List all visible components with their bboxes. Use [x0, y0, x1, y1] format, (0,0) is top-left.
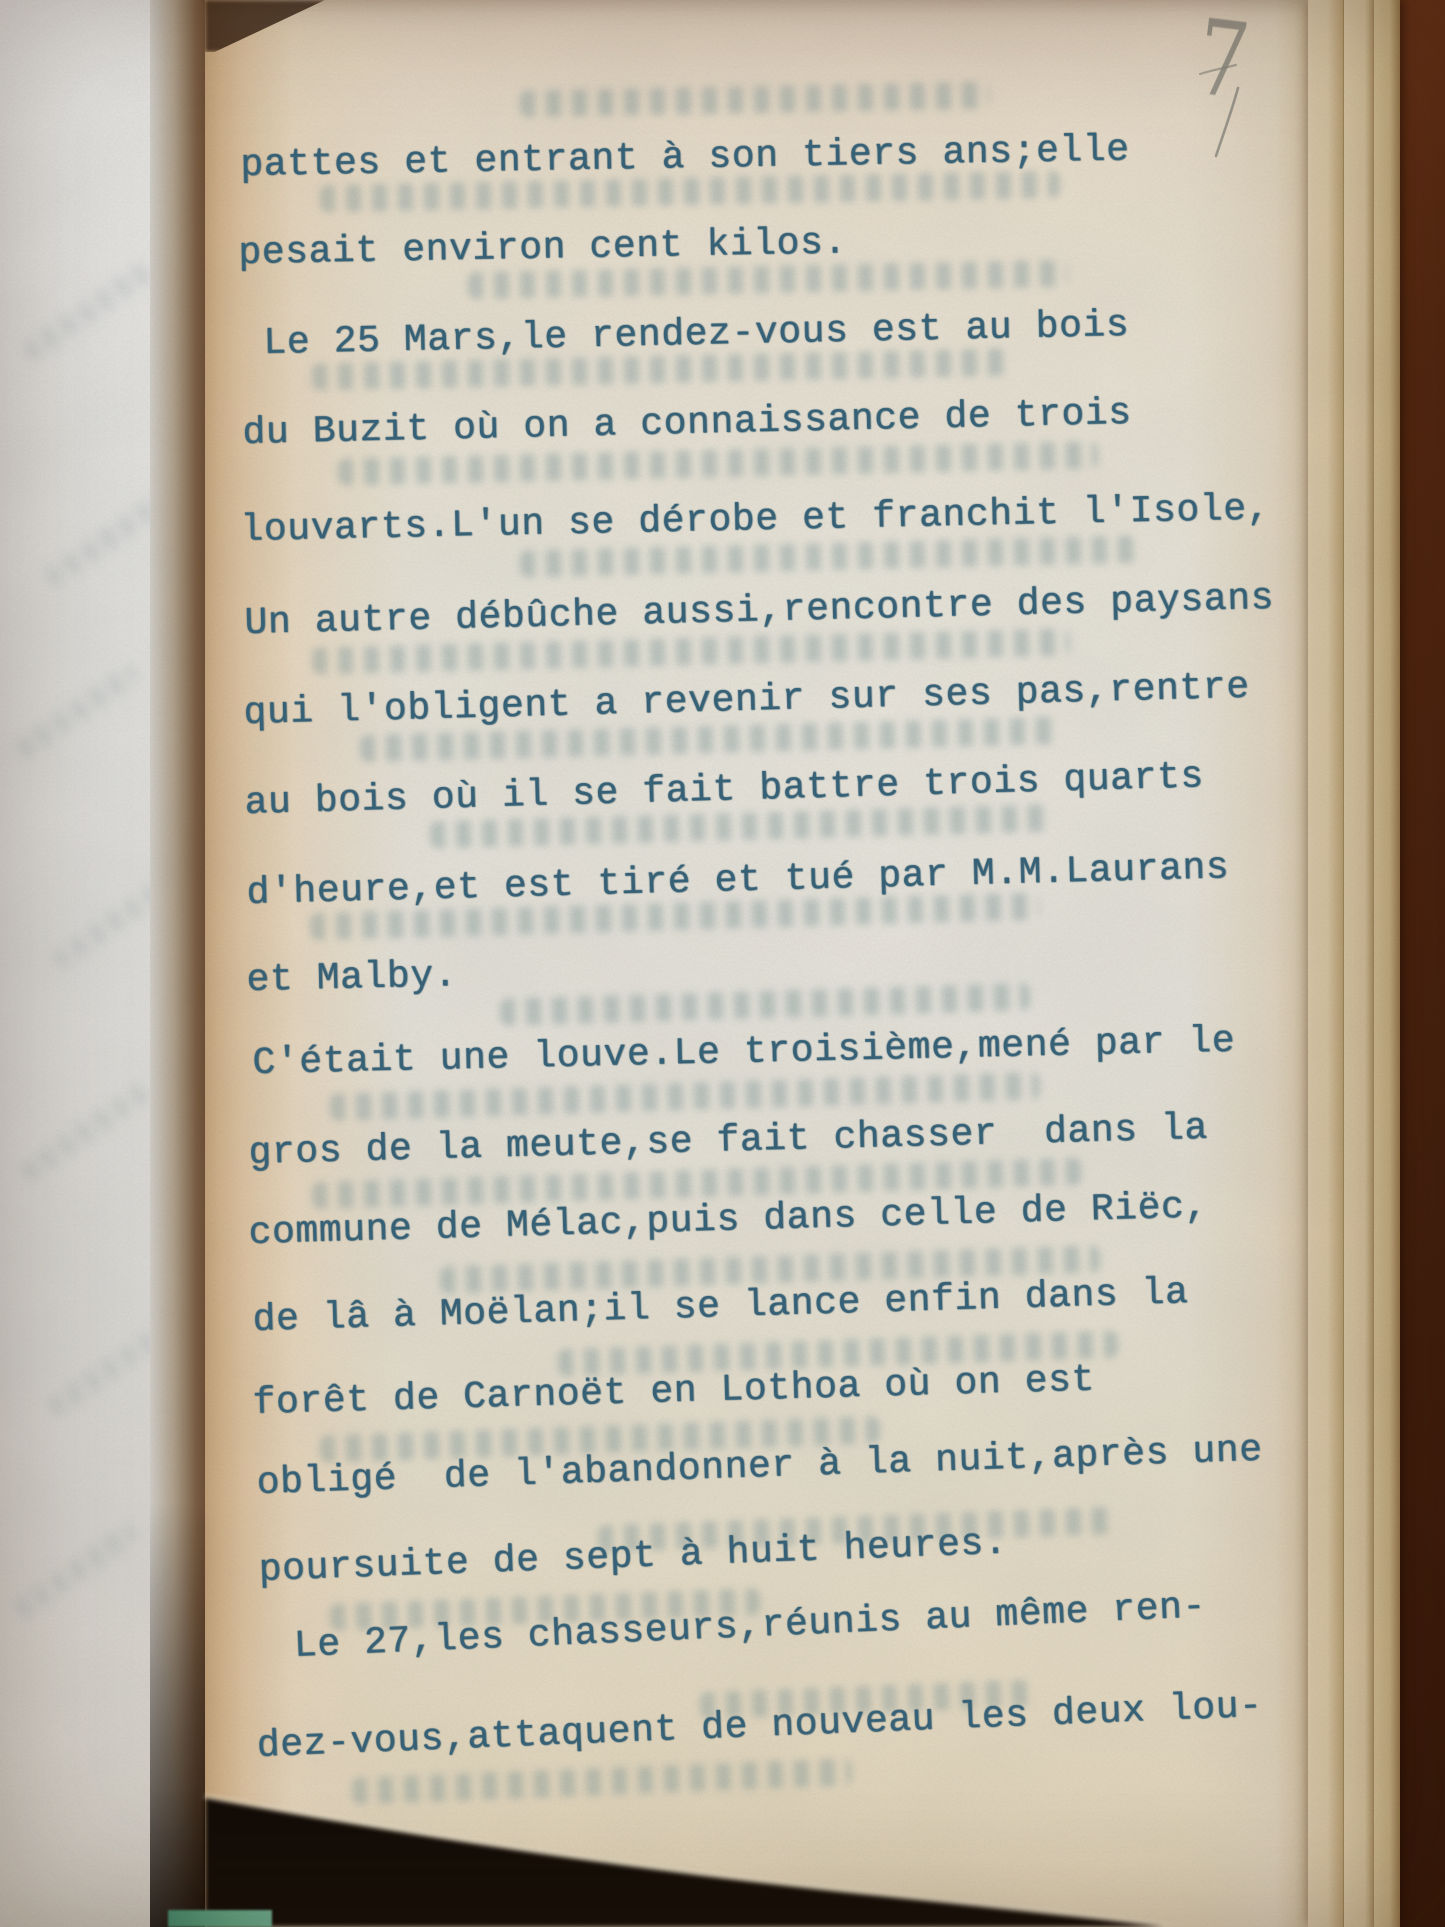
book-photo: pattes et entrant à son tiers ans;elle p… — [0, 0, 1445, 1927]
typed-line: forêt de Carnoët en Lothoa où on est — [252, 1357, 1096, 1427]
typed-line: du Buzit où on a connaissance de trois — [242, 391, 1132, 457]
typed-line: pesait environ cent kilos. — [238, 220, 847, 277]
typed-line: Le 27,les chasseurs,réunis au même ren- — [293, 1584, 1207, 1670]
typed-line: qui l'obligent a revenir sur ses pas,ren… — [243, 665, 1250, 737]
typed-line: et Malby. — [246, 953, 458, 1004]
typed-line: gros de la meute,se fait chasser dans la — [248, 1106, 1208, 1177]
typed-line: de lâ à Moëlan;il se lance enfin dans la — [252, 1270, 1189, 1344]
pencil-slash-mark — [1186, 10, 1276, 170]
typed-line: au bois où il se fait battre trois quart… — [244, 754, 1204, 827]
typed-line: d'heure,et est tiré et tué par M.M.Laura… — [246, 845, 1230, 917]
typed-line: Le 25 Mars,le rendez-vous est au bois — [263, 303, 1130, 367]
typed-line: dez-vous,attaquent de nouveau les deux l… — [256, 1684, 1263, 1770]
typed-line: poursuite de sept à huit heures. — [258, 1521, 1008, 1594]
green-bookmark-sliver — [168, 1910, 272, 1927]
typed-line: commune de Mélac,puis dans celle de Riëc… — [248, 1184, 1208, 1257]
typed-line: Un autre débûche aussi,rencontre des pay… — [244, 576, 1275, 647]
typed-line: louvarts.L'un se dérobe et franchit l'Is… — [240, 486, 1271, 554]
typed-line: obligé de l'abandonner à la nuit,après u… — [256, 1428, 1263, 1507]
typed-line: C'était une louve.Le troisième,mené par … — [252, 1019, 1236, 1087]
typed-line: pattes et entrant à son tiers ans;elle — [240, 127, 1130, 189]
handwritten-page-number: 7 — [1186, 10, 1276, 170]
typed-text-block: pattes et entrant à son tiers ans;elle p… — [0, 0, 1445, 1927]
